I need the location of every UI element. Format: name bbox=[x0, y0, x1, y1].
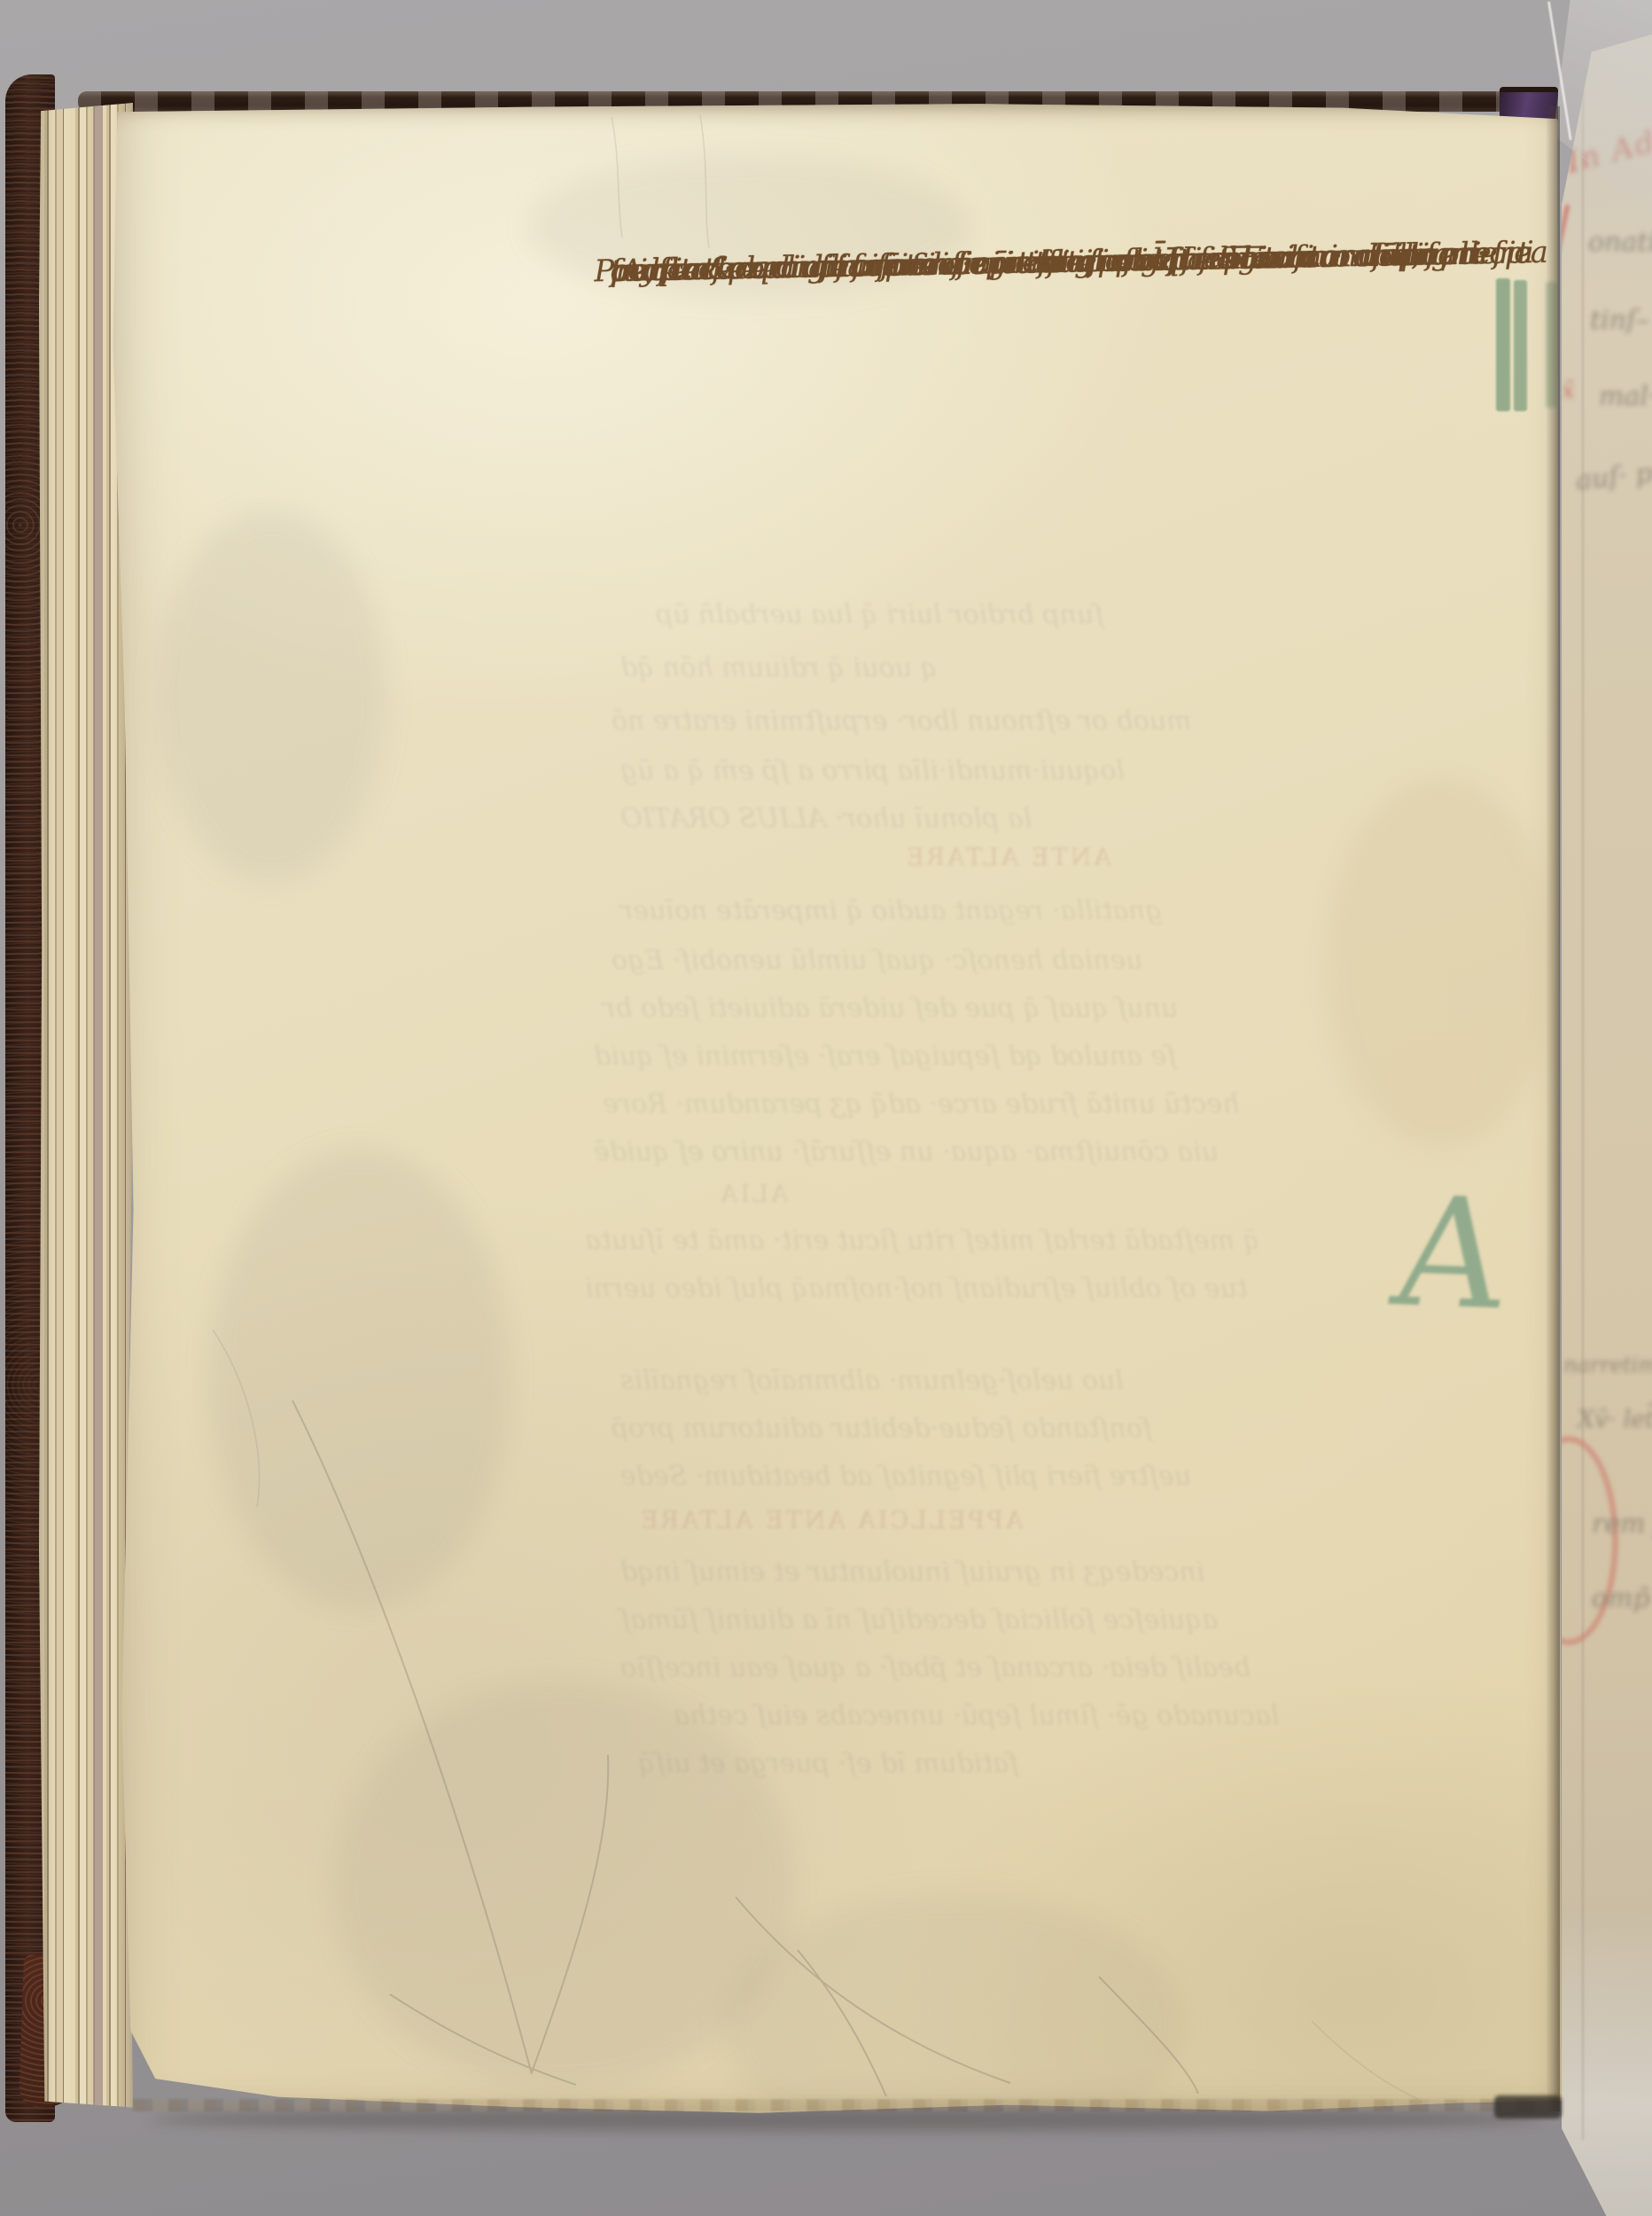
showthrough-text-line: loquui·mundi·ilīa pirro a ſp̄ em̄ q̄ a ū… bbox=[620, 755, 1125, 786]
showthrough-text-line: ſunp brdior luiri q̄ lua uerbaln̄ ūp bbox=[656, 599, 1103, 630]
showthrough-text-line: hectū unitā frude arce· adq̄ qʒ perandum… bbox=[603, 1088, 1239, 1120]
facing-page-strip: In Aduē onati tinſ– x̄ mal·t auſ· px̄ na… bbox=[1553, 30, 1652, 2216]
facing-page-fragment: rem ſ·t bbox=[1592, 1509, 1652, 1540]
facing-page-fragment: tinſ– bbox=[1590, 305, 1649, 336]
showthrough-text-line: la plonuī uhor· ALIUS ORATIO bbox=[620, 803, 1032, 834]
parchment-stain bbox=[1326, 776, 1556, 1149]
showthrough-text-line: ſe anulod qd ſepuigaſ eraſ· eſermini eſ … bbox=[594, 1041, 1176, 1072]
showthrough-text-line: uia cōnuiſtma· aqua· un eſſurāſ· uniro e… bbox=[594, 1136, 1219, 1167]
facing-page-fragment: x̄ bbox=[1562, 378, 1575, 404]
facing-page-crease bbox=[1582, 83, 1584, 2140]
showthrough-text-line: ueſtre fieri pliſ ſegnitaſ ad beatidum· … bbox=[620, 1461, 1191, 1492]
showthrough-text-line: tue oſ obliuſ eſrudianſ noſ·noſmaq̄ pluſ… bbox=[585, 1273, 1248, 1304]
showthrough-text-line: aquieſce ſolliciaſ decediſuſ nī a diuini… bbox=[620, 1604, 1218, 1635]
page-bottom-deckle-edge bbox=[133, 2099, 1556, 2111]
showthrough-text-line: incedeqʒ in gruiuſ inuoluntur et eimuſ i… bbox=[620, 1557, 1204, 1588]
showthrough-text-line: lacunado gē· ſimul ſepū· unnecabs eiuſ c… bbox=[674, 1700, 1279, 1731]
green-initial-bar bbox=[1514, 280, 1527, 411]
facing-page-fragment: onati bbox=[1588, 227, 1652, 258]
facing-page-fragment: mal·t bbox=[1599, 381, 1652, 412]
facing-page-fragment: omp̄ t bbox=[1592, 1583, 1652, 1614]
showthrough-text-line: ueniab henoſc· quaſ uimlū uenobif· Ego bbox=[612, 945, 1143, 976]
facing-page-fragment: Xv̄· let̄ bbox=[1578, 1406, 1652, 1433]
showthrough-text-line: luo ueloſ·gelnum· albmnaīoſ regnaīlis bbox=[620, 1365, 1124, 1396]
showthrough-text-line: unuſ quaſ q̄ pue deſ uiderā adiuieti ſed… bbox=[603, 993, 1178, 1024]
parchment-stain bbox=[209, 1149, 510, 1610]
parchment-stain bbox=[156, 511, 386, 883]
showthrough-red-caps: APPELLCIA ANTE ALTARE bbox=[638, 1507, 1024, 1534]
facing-page-fragment: narretim ſer bbox=[1563, 1353, 1652, 1377]
showthrough-text-line: fatidum īd ef· puerga et uiſq̄ bbox=[638, 1748, 1018, 1779]
page-right-edge-shadow bbox=[1546, 106, 1560, 2111]
bottom-right-shadow-gap bbox=[1494, 2095, 1562, 2118]
showthrough-text-line: muob or eſtnoun lbor· erpuſtmini eratre … bbox=[612, 706, 1192, 737]
page-edge-mauve-leaf bbox=[93, 103, 103, 2111]
showthrough-small-caps: ALIA bbox=[718, 1181, 789, 1208]
facing-page-fragment: auſ· px̄ bbox=[1574, 456, 1652, 497]
showthrough-text-line: q̄ meſtadā terlaſ miteſ ritu ſicut erit·… bbox=[585, 1225, 1260, 1256]
showthrough-text-line: q uoui q̄ rdiuum hōn q̄d bbox=[620, 652, 938, 683]
showthrough-text-line: bealiſ deia· arcanaſ et p̄baſ· a quaſ ea… bbox=[620, 1652, 1251, 1683]
showthrough-text-line: fonſtando ſedue·debitur adiutorum prop̄ bbox=[612, 1413, 1152, 1444]
green-initial-bar bbox=[1496, 278, 1510, 411]
showthrough-text-line: gnatilla· regant audio q̄ imperāte noīue… bbox=[620, 895, 1163, 926]
showthrough-red-caps: ANTE ALTARE bbox=[904, 844, 1111, 871]
photograph-of-manuscript: In Aduē onati tinſ– x̄ mal·t auſ· px̄ na… bbox=[0, 0, 1652, 2216]
